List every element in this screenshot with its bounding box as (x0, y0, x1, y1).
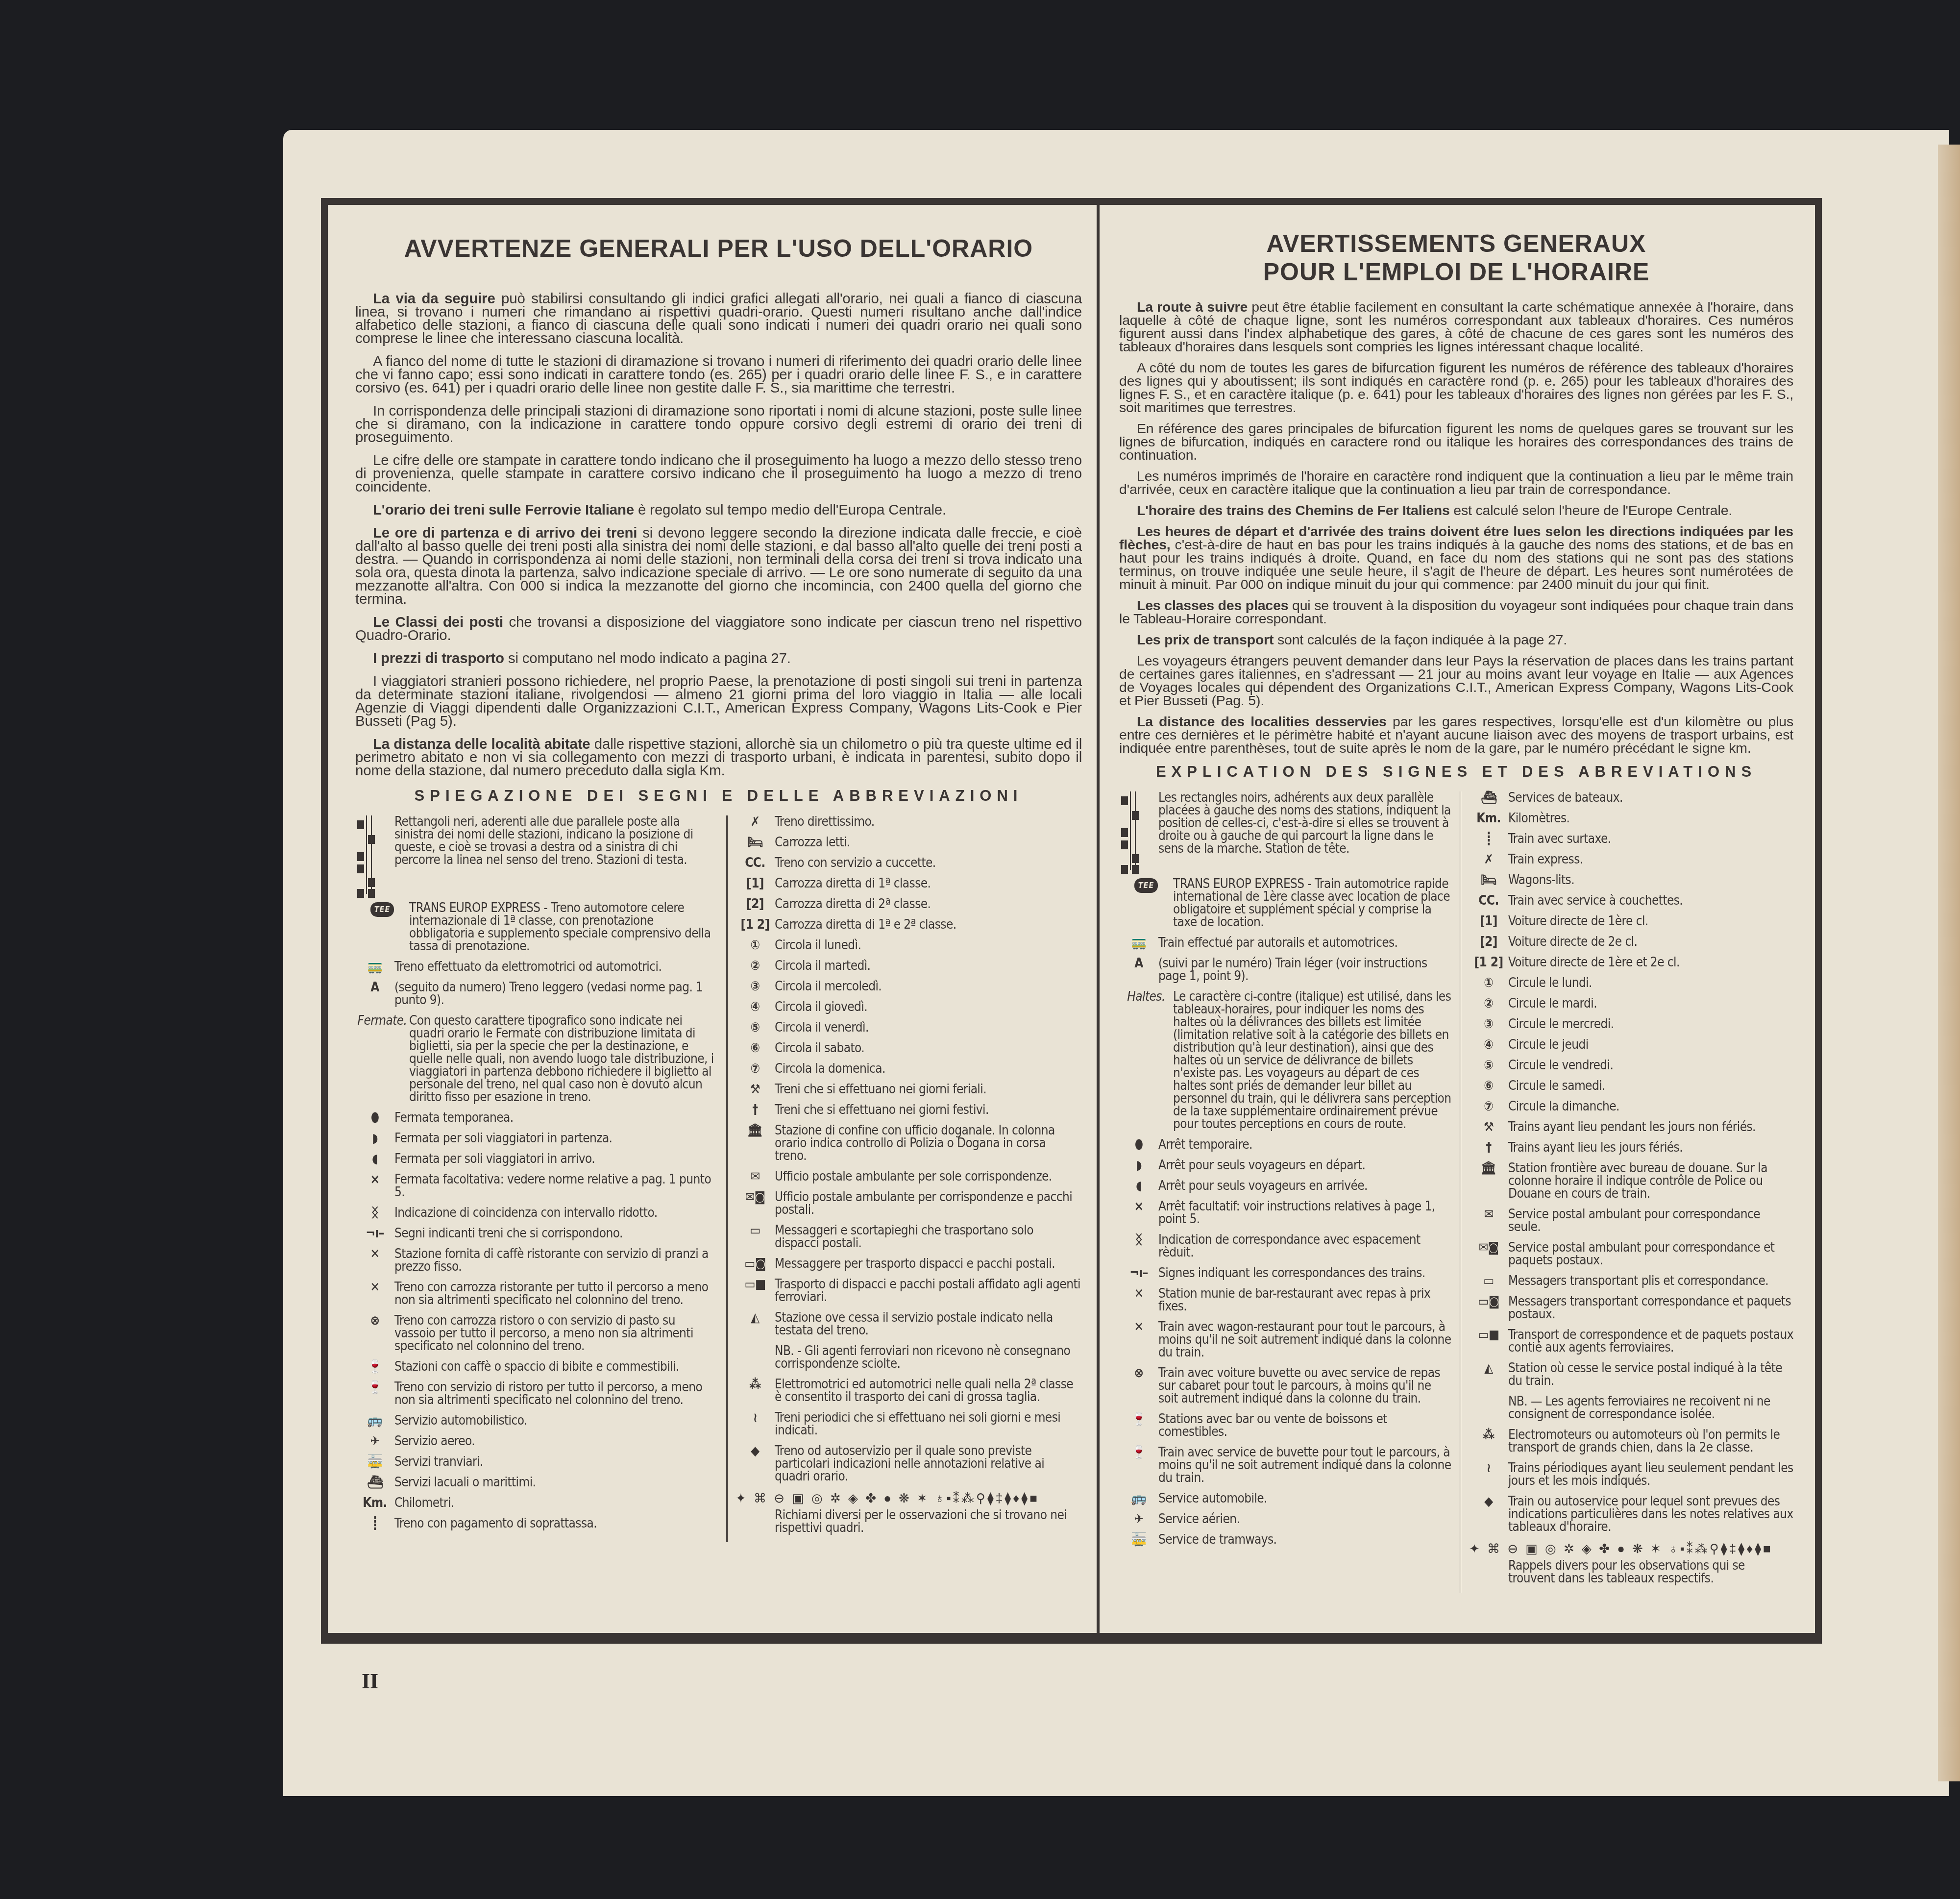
paragraph: Les heures de départ et d'arrivée des tr… (1119, 525, 1793, 592)
paragraph: I viaggiatori stranieri possono richiede… (355, 675, 1082, 728)
sign-description: Ufficio postale ambulante per sole corri… (775, 1170, 1080, 1183)
sign-item: ✉Service postal ambulant pour correspond… (1469, 1208, 1793, 1233)
connection-icon: ¬ı– (1119, 1267, 1158, 1280)
paragraph: Les prix de transport sont calculés de l… (1119, 634, 1793, 647)
sign-item: ≀Treni periodici che si effettuano nei s… (735, 1411, 1080, 1437)
sign-item: Km.Kilomètres. (1469, 812, 1793, 825)
sign-item: ✗Train express. (1469, 853, 1793, 866)
reference-symbols-row: ✦ ⌘ ⊖ ▣ ◎ ✲ ◈ ✤ ● ❋ ✶ ♁▪⁑⁂⚲⧫‡⧫♦⧫■ (735, 1491, 1080, 1506)
paragraph: Le Classi dei posti che trovansi a dispo… (355, 616, 1082, 642)
italian-signs-columns: Rettangoli neri, aderenti alle due paral… (355, 815, 1082, 1542)
sign-item: ✈Servizio aereo. (355, 1435, 718, 1448)
paragraph: L'horaire des trains des Chemins de Fer … (1119, 504, 1793, 518)
sign-item: ✕Train avec wagon-restaurant pour tout l… (1119, 1321, 1453, 1359)
sign-item: ×Arrêt facultatif: voir instructions rel… (1119, 1200, 1453, 1226)
glass-icon: 🍷 (1119, 1446, 1158, 1484)
paragraph-text: est calculé selon l'heure de l'Europe Ce… (1450, 503, 1732, 518)
paragraph: Le ore di partenza e di arrivo dei treni… (355, 526, 1082, 606)
paragraph-text: A côté du nom de toutes les gares de bif… (1119, 360, 1793, 416)
sign-description: Carrozza letti. (775, 836, 1080, 849)
wavy-line-icon: ≀ (735, 1411, 775, 1437)
paragraph-text: si computano nel modo indicato a pagina … (504, 650, 791, 666)
sign-description: Train avec service de buvette pour tout … (1158, 1446, 1453, 1484)
glass-icon: 🍷 (1119, 1413, 1158, 1438)
paragraph-lead: L'orario dei treni sulle Ferrovie Italia… (373, 502, 634, 518)
sign-description: Treno effettuato da elettromotrici od au… (394, 961, 718, 973)
french-title: AVERTISSEMENTS GENERAUX POUR L'EMPLOI DE… (1119, 229, 1793, 286)
circled-cutlery-icon: ⊗ (355, 1314, 394, 1353)
sign-item: ◖Arrêt pour seuls voyageurs en arrivée. (1119, 1180, 1453, 1192)
circled-5: ⑤ (735, 1021, 775, 1034)
sign-description: Messagers transportant plis et correspon… (1508, 1275, 1793, 1287)
sign-description: Stations avec bar ou vente de boissons e… (1158, 1413, 1453, 1438)
paragraph-text: sont calculés de la façon indiquée à la … (1274, 632, 1567, 648)
messenger-parcel-icon: ▭◙ (1469, 1295, 1508, 1321)
km-label: Km. (355, 1497, 394, 1509)
sign-description: Treno con servizio a cuccette. (775, 857, 1080, 869)
sign-description: Train express. (1508, 853, 1793, 866)
sign-description: Trasporto di dispacci e pacchi postali a… (775, 1278, 1080, 1304)
tee-badge: TEE (1134, 878, 1158, 893)
sign-item: 🍷Train avec service de buvette pour tout… (1119, 1446, 1453, 1484)
paragraph: A fianco del nome di tutte le stazioni d… (355, 355, 1082, 395)
connection-icon: ¬ı– (355, 1227, 394, 1240)
paragraph: Les classes des places qui se trouvent à… (1119, 599, 1793, 626)
sign-description: Arrêt pour seuls voyageurs en départ. (1158, 1159, 1453, 1172)
sign-item: 🚋Service de tramways. (1119, 1533, 1453, 1546)
cross-icon: × (1119, 1200, 1158, 1226)
sign-description: Le caractère ci-contre (italique) est ut… (1173, 990, 1453, 1131)
paragraph: Les voyageurs étrangers peuvent demander… (1119, 655, 1793, 708)
rail-agent-parcel-icon: ▭■ (735, 1278, 775, 1304)
circled-4: ④ (1469, 1038, 1508, 1051)
airplane-icon: ✈ (355, 1435, 394, 1448)
circled-2: ② (1469, 997, 1508, 1010)
french-section: AVERTISSEMENTS GENERAUX POUR L'EMPLOI DE… (1100, 205, 1815, 1633)
sign-description: Circule le vendredi. (1508, 1059, 1793, 1072)
tee-badge: TEE (370, 902, 394, 917)
sign-description: Fermata temporanea. (394, 1111, 718, 1124)
cross-dagger-icon: † (1469, 1141, 1508, 1154)
french-signs-col-1: Les rectangles noirs, adhérents aux deux… (1119, 791, 1461, 1593)
sign-item: ◭Station où cesse le service postal indi… (1469, 1362, 1793, 1387)
coach-12-icon: [1 2] (1469, 956, 1508, 969)
sign-description: Messaggeri e scortapieghi che trasportan… (775, 1224, 1080, 1250)
sign-description: Treno con carrozza ristoro o con servizi… (394, 1314, 718, 1353)
bed-icon: 🛏 (735, 836, 775, 849)
dog-icon: ⁂ (735, 1378, 775, 1404)
sign-description: Circola il martedì. (775, 960, 1080, 972)
sign-item: ✕Station munie de bar-restaurant avec re… (1119, 1287, 1453, 1313)
sign-item: ᛝIndicazione di coincidenza con interval… (355, 1207, 718, 1219)
dog-icon: ⁂ (1469, 1429, 1508, 1454)
sign-description: Treni periodici che si effettuano nei so… (775, 1411, 1080, 1437)
sign-item: 🚌Servizio automobilistico. (355, 1414, 718, 1427)
sign-item: Haltes.Le caractère ci-contre (italique)… (1119, 990, 1453, 1131)
sign-description: Stazione di confine con ufficio doganale… (775, 1124, 1080, 1162)
italian-signs-col-2: ✗Treno direttissimo.🛏Carrozza letti.CC.T… (728, 815, 1080, 1542)
paragraph-text: Les numéros imprimés de l'horaire en car… (1119, 469, 1793, 497)
page-frame: AVVERTENZE GENERALI PER L'USO DELL'ORARI… (321, 198, 1822, 1644)
sign-item: ◖Fermata per soli viaggiatori in arrivo. (355, 1153, 718, 1165)
sign-item: ◗Arrêt pour seuls voyageurs en départ. (1119, 1159, 1453, 1172)
sign-item: 🍷Stazioni con caffè o spaccio di bibite … (355, 1360, 718, 1373)
envelope-icon: ✉ (1469, 1208, 1508, 1233)
km-label: Km. (1469, 812, 1508, 825)
sign-description: Circola il lunedì. (775, 939, 1080, 952)
sign-item: ▭◙Messaggere per trasporto dispacci e pa… (735, 1258, 1080, 1270)
paragraph-text: I viaggiatori stranieri possono richiede… (355, 673, 1082, 729)
messenger-icon: ▭ (735, 1224, 775, 1250)
sign-item: ◗Fermata per soli viaggiatori in partenz… (355, 1132, 718, 1145)
sign-item: [2]Voiture directe de 2e cl. (1469, 936, 1793, 948)
sign-item: NB. — Les agents ferroviaires ne recoive… (1469, 1395, 1793, 1421)
sign-description: Carrozza diretta di 1ª e 2ª classe. (775, 918, 1080, 931)
cross-icon: × (355, 1173, 394, 1199)
sign-description: Circule le mercredi. (1508, 1018, 1793, 1031)
sign-description: Carrozza diretta di 2ª classe. (775, 898, 1080, 911)
envelope-icon: ✉ (735, 1170, 775, 1183)
sign-description: Circola il mercoledì. (775, 980, 1080, 993)
rail-agent-parcel-icon: ▭■ (1469, 1329, 1508, 1354)
sign-description: Service postal ambulant pour corresponda… (1508, 1241, 1793, 1267)
paragraph-text: è regolato sul tempo medio dell'Europa C… (634, 502, 946, 518)
sign-item: ⑦Circola la domenica. (735, 1062, 1080, 1075)
paragraph: La distance des localities desservies pa… (1119, 715, 1793, 755)
sign-item: 🚌Service automobile. (1119, 1492, 1453, 1505)
sign-item: 🍷Treno con servizio di ristoro per tutto… (355, 1381, 718, 1406)
paragraph-text: A fianco del nome di tutte le stazioni d… (355, 353, 1082, 396)
tee-logo-icon: TEE (355, 902, 409, 953)
post-end-icon: ◭ (735, 1311, 775, 1337)
airplane-icon: ✈ (1119, 1513, 1158, 1526)
sign-item: [1 2]Carrozza diretta di 1ª e 2ª classe. (735, 918, 1080, 931)
circled-6: ⑥ (735, 1042, 775, 1055)
paragraph: In corrispondenza delle principali stazi… (355, 404, 1082, 444)
sign-description: Treno direttissimo. (775, 815, 1080, 828)
sign-item: [2]Carrozza diretta di 2ª classe. (735, 898, 1080, 911)
sign-description: Train effectué par autorails et automotr… (1158, 937, 1453, 949)
sign-description: Circule le lundi. (1508, 977, 1793, 989)
circled-3: ③ (735, 980, 775, 993)
sign-description: Stazione ove cessa il servizio postale i… (775, 1311, 1080, 1337)
letter-a: A (355, 981, 394, 1007)
blank-icon (735, 1509, 775, 1534)
customs-house-icon: 🏛 (1469, 1162, 1508, 1200)
sign-description: Arrêt facultatif: voir instructions rela… (1158, 1200, 1453, 1226)
bus-icon: 🚌 (355, 1414, 394, 1427)
paragraph-text: c'est-à-dire de haut en bas pour les tra… (1119, 537, 1793, 592)
sign-item: ⛴Services de bateaux. (1469, 791, 1793, 804)
sign-description: TRANS EUROP EXPRESS - Train automotrice … (1173, 878, 1453, 929)
sign-item: ¬ı–Signes indiquant les correspondances … (1119, 1267, 1453, 1280)
hourglass-icon: ᛝ (1119, 1233, 1158, 1259)
sign-description: Messaggere per trasporto dispacci e pacc… (775, 1258, 1080, 1270)
sign-description: Treno con carrozza ristorante per tutto … (394, 1281, 718, 1307)
sign-item: ¬ı–Segni indicanti treni che si corrispo… (355, 1227, 718, 1240)
sign-description: Treno con servizio di ristoro per tutto … (394, 1381, 718, 1406)
circled-1: ① (1469, 977, 1508, 989)
sign-description: Train ou autoservice pour lequel sont pr… (1508, 1495, 1793, 1533)
french-signs-title: EXPLICATION DES SIGNES ET DES ABREVIATIO… (1119, 763, 1793, 781)
sign-item: [1]Carrozza diretta di 1ª classe. (735, 877, 1080, 890)
coach-12-icon: [1 2] (735, 918, 775, 931)
sign-item: ②Circola il martedì. (735, 960, 1080, 972)
sign-item: [1 2]Voiture directe de 1ère et 2e cl. (1469, 956, 1793, 969)
sign-description: Fermata per soli viaggiatori in arrivo. (394, 1153, 718, 1165)
express-icon: ✗ (1469, 853, 1508, 866)
sign-item: ③Circola il mercoledì. (735, 980, 1080, 993)
sign-description: Servizi lacuali o marittimi. (394, 1476, 718, 1489)
sign-item: ③Circule le mercredi. (1469, 1018, 1793, 1031)
paragraph: A côté du nom de toutes les gares de bif… (1119, 362, 1793, 415)
sign-item: ⊗Treno con carrozza ristoro o con serviz… (355, 1314, 718, 1353)
sign-item: Les rectangles noirs, adhérents aux deux… (1119, 791, 1453, 870)
italic-label: Fermate. (355, 1014, 409, 1104)
cutlery-icon: ✕ (355, 1248, 394, 1273)
letter-a: A (1119, 957, 1158, 983)
sign-item: ✉Ufficio postale ambulante per sole corr… (735, 1170, 1080, 1183)
railcar-icon: 🚃 (1119, 937, 1158, 949)
reference-symbols-description: Richiami diversi per le osservazioni che… (735, 1509, 1080, 1534)
italian-paragraphs: La via da seguire può stabilirsi consult… (355, 292, 1082, 777)
sign-description: Treni che si effettuano nei giorni festi… (775, 1104, 1080, 1116)
sign-description: Voiture directe de 2e cl. (1508, 936, 1793, 948)
right-half-circle-icon: ◗ (1119, 1159, 1158, 1172)
sign-description: Fermata facoltativa: vedere norme relati… (394, 1173, 718, 1199)
sign-description: Treno od autoservizio per il quale sono … (775, 1445, 1080, 1483)
page-number: II (362, 1669, 378, 1694)
sign-item: ⬮Fermata temporanea. (355, 1111, 718, 1124)
circled-6: ⑥ (1469, 1080, 1508, 1092)
messenger-parcel-icon: ▭◙ (735, 1258, 775, 1270)
sign-description: NB. — Les agents ferroviaires ne recoive… (1508, 1395, 1793, 1421)
glass-icon: 🍷 (355, 1381, 394, 1406)
french-title-line-2: POUR L'EMPLOI DE L'HORAIRE (1263, 258, 1650, 286)
sign-description: Circola il giovedì. (775, 1001, 1080, 1013)
french-signs-col-2: ⛴Services de bateaux.Km.Kilomètres.┋Trai… (1461, 791, 1793, 1593)
diamond-icon: ◆ (1469, 1495, 1508, 1533)
sign-description: Fermata per soli viaggiatori in partenza… (394, 1132, 718, 1145)
blank-icon (1469, 1559, 1508, 1585)
sign-item: †Trains ayant lieu les jours fériés. (1469, 1141, 1793, 1154)
circled-4: ④ (735, 1001, 775, 1013)
sign-item: 🚃Train effectué par autorails et automot… (1119, 937, 1453, 949)
sign-description: Con questo carattere tipografico sono in… (409, 1014, 718, 1104)
sign-description: Signes indiquant les correspondances des… (1158, 1267, 1453, 1280)
paragraph: Le cifre delle ore stampate in carattere… (355, 454, 1082, 493)
wavy-line-icon: ≀ (1469, 1462, 1508, 1487)
french-title-line-1: AVERTISSEMENTS GENERAUX (1267, 230, 1646, 257)
sign-item: 🛏Wagons-lits. (1469, 874, 1793, 887)
sign-description: Rappels divers pour les observations qui… (1508, 1559, 1793, 1585)
cutlery-icon: ✕ (1119, 1287, 1158, 1313)
glass-icon: 🍷 (355, 1360, 394, 1373)
circled-3: ③ (1469, 1018, 1508, 1031)
paragraph: I prezzi di trasporto si computano nel m… (355, 652, 1082, 665)
sign-item: ⑥Circule le samedi. (1469, 1080, 1793, 1092)
messenger-icon: ▭ (1469, 1275, 1508, 1287)
sign-description: Servizio aereo. (394, 1435, 718, 1448)
sign-description: Circola la domenica. (775, 1062, 1080, 1075)
sign-description: Transport de correspondence et de paquet… (1508, 1329, 1793, 1354)
sign-item: ┋Treno con pagamento di soprattassa. (355, 1517, 718, 1530)
sign-item: ④Circola il giovedì. (735, 1001, 1080, 1013)
envelope-parcel-icon: ✉◙ (1469, 1241, 1508, 1267)
paragraph: La via da seguire può stabilirsi consult… (355, 292, 1082, 345)
sign-description: Treno con pagamento di soprattassa. (394, 1517, 718, 1530)
left-half-circle-icon: ◖ (1119, 1180, 1158, 1192)
sign-description: Kilomètres. (1508, 812, 1793, 825)
sign-item: ▭■Trasporto di dispacci e pacchi postali… (735, 1278, 1080, 1304)
circled-2: ② (735, 960, 775, 972)
sign-description: Service automobile. (1158, 1492, 1453, 1505)
sign-item: A(suivi par le numéro) Train léger (voir… (1119, 957, 1453, 983)
hourglass-icon: ᛝ (355, 1207, 394, 1219)
sign-description: Chilometri. (394, 1497, 718, 1509)
station-position-bars-icon (355, 815, 394, 894)
circled-5: ⑤ (1469, 1059, 1508, 1072)
paragraph-text: En référence des gares principales de bi… (1119, 421, 1793, 463)
sign-description: Circola il venerdì. (775, 1021, 1080, 1034)
surcharge-bar-icon: ┋ (355, 1517, 394, 1530)
sign-item: ①Circola il lunedì. (735, 939, 1080, 952)
sign-description: Station munie de bar-restaurant avec rep… (1158, 1287, 1453, 1313)
paragraph-lead: Les prix de transport (1137, 632, 1274, 648)
sign-description: Segni indicanti treni che si corrispondo… (394, 1227, 718, 1240)
tram-icon: 🚋 (355, 1455, 394, 1468)
sign-item: ◭Stazione ove cessa il servizio postale … (735, 1311, 1080, 1337)
sign-description: Train avec voiture buvette ou avec servi… (1158, 1367, 1453, 1405)
sign-item: ᛝIndication de correspondance avec espac… (1119, 1233, 1453, 1259)
sign-item: ✉◙Service postal ambulant pour correspon… (1469, 1241, 1793, 1267)
bus-icon: 🚌 (1119, 1492, 1158, 1505)
sign-description: Station frontière avec bureau de douane.… (1508, 1162, 1793, 1200)
french-paragraphs: La route à suivre peut être établie faci… (1119, 301, 1793, 755)
italian-signs-title: SPIEGAZIONE DEI SEGNI E DELLE ABBREVIAZI… (355, 787, 1082, 805)
sign-item: ⬮Arrêt temporaire. (1119, 1138, 1453, 1151)
italian-signs-col-1: Rettangoli neri, aderenti alle due paral… (355, 815, 728, 1542)
sign-description: Train avec wagon-restaurant pour tout le… (1158, 1321, 1453, 1359)
sign-description: Treni che si effettuano nei giorni feria… (775, 1083, 1080, 1096)
paragraph: Les numéros imprimés de l'horaire en car… (1119, 470, 1793, 496)
sign-description: Voiture directe de 1ère et 2e cl. (1508, 956, 1793, 969)
paragraph-text: In corrispondenza delle principali stazi… (355, 403, 1082, 445)
sign-item: ⁂Electromoteurs ou automoteurs où l'on p… (1469, 1429, 1793, 1454)
sign-description: Trains ayant lieu pendant les jours non … (1508, 1121, 1793, 1134)
sign-item: TEETRANS EUROP EXPRESS - Train automotri… (1119, 878, 1453, 929)
sign-description: Voiture directe de 1ère cl. (1508, 915, 1793, 928)
ellipse-icon: ⬮ (1119, 1138, 1158, 1151)
sign-description: Elettromotrici ed automotrici nelle qual… (775, 1378, 1080, 1404)
coach-1-icon: [1] (735, 877, 775, 890)
sign-item: ②Circule le mardi. (1469, 997, 1793, 1010)
sign-item: Rettangoli neri, aderenti alle due paral… (355, 815, 718, 894)
sign-description: Indicazione di coincidenza con intervall… (394, 1207, 718, 1219)
sign-description: Carrozza diretta di 1ª classe. (775, 877, 1080, 890)
sign-item: ⚒Trains ayant lieu pendant les jours non… (1469, 1121, 1793, 1134)
post-end-icon: ◭ (1469, 1362, 1508, 1387)
sign-item: ✉◙Ufficio postale ambulante per corrispo… (735, 1191, 1080, 1216)
sign-description: NB. - Gli agenti ferroviari non ricevono… (775, 1345, 1080, 1370)
ellipse-icon: ⬮ (355, 1111, 394, 1124)
cutlery-icon: ✕ (355, 1281, 394, 1307)
sign-item: TEETRANS EUROP EXPRESS - Treno automotor… (355, 902, 718, 953)
sign-description: Stazione fornita di caffè ristorante con… (394, 1248, 718, 1273)
sign-description: Circule le jeudi (1508, 1038, 1793, 1051)
sign-description: Circola il sabato. (775, 1042, 1080, 1055)
sign-description: Service aérien. (1158, 1513, 1453, 1526)
sign-description: Wagons-lits. (1508, 874, 1793, 887)
sign-description: Train avec service à couchettes. (1508, 894, 1793, 907)
sign-description: Service postal ambulant pour corresponda… (1508, 1208, 1793, 1233)
diamond-icon: ◆ (735, 1445, 775, 1483)
sign-item: ✈Service aérien. (1119, 1513, 1453, 1526)
coach-2-icon: [2] (735, 898, 775, 911)
boat-icon: ⛴ (1469, 791, 1508, 804)
sign-description: Les rectangles noirs, adhérents aux deux… (1158, 791, 1453, 870)
sign-description: Servizi tranviari. (394, 1455, 718, 1468)
paragraph: L'orario dei treni sulle Ferrovie Italia… (355, 503, 1082, 517)
right-half-circle-icon: ◗ (355, 1132, 394, 1145)
envelope-parcel-icon: ✉◙ (735, 1191, 775, 1216)
sign-description: Circule le mardi. (1508, 997, 1793, 1010)
sign-item: ≀Trains périodiques ayant lieu seulement… (1469, 1462, 1793, 1487)
blank-icon (1469, 1395, 1508, 1421)
sign-item: A(seguito da numero) Treno leggero (veda… (355, 981, 718, 1007)
surcharge-bar-icon: ┋ (1469, 833, 1508, 845)
sign-item: ⑦Circule la dimanche. (1469, 1100, 1793, 1113)
sign-description: Stazioni con caffè o spaccio di bibite e… (394, 1360, 718, 1373)
boat-icon: ⛴ (355, 1476, 394, 1489)
sign-description: (seguito da numero) Treno leggero (vedas… (394, 981, 718, 1007)
sign-item: ×Fermata facoltativa: vedere norme relat… (355, 1173, 718, 1199)
sign-item: ④Circule le jeudi (1469, 1038, 1793, 1051)
paragraph-lead: I prezzi di trasporto (373, 650, 504, 666)
cutlery-icon: ✕ (1119, 1321, 1158, 1359)
cross-dagger-icon: † (735, 1104, 775, 1116)
sign-item: CC.Treno con servizio a cuccette. (735, 857, 1080, 869)
sign-description: TRANS EUROP EXPRESS - Treno automotore c… (409, 902, 718, 953)
sign-description: Richiami diversi per le osservazioni che… (775, 1509, 1080, 1534)
italic-label: Haltes. (1119, 990, 1173, 1131)
hammers-icon: ⚒ (735, 1083, 775, 1096)
sign-item: 🍷Stations avec bar ou vente de boissons … (1119, 1413, 1453, 1438)
circled-7: ⑦ (735, 1062, 775, 1075)
sign-description: Messagers transportant correspondance et… (1508, 1295, 1793, 1321)
sign-item: ▭◙Messagers transportant correspondance … (1469, 1295, 1793, 1321)
sign-item: ①Circule le lundi. (1469, 977, 1793, 989)
sign-description: Arrêt temporaire. (1158, 1138, 1453, 1151)
paragraph-lead: L'horaire des trains des Chemins de Fer … (1137, 503, 1450, 518)
sign-item: 🚋Servizi tranviari. (355, 1455, 718, 1468)
sign-item: NB. - Gli agenti ferroviari non ricevono… (735, 1345, 1080, 1370)
sign-item: Km.Chilometri. (355, 1497, 718, 1509)
coach-2-icon: [2] (1469, 936, 1508, 948)
cc-label: CC. (735, 857, 775, 869)
sign-item: ◆Treno od autoservizio per il quale sono… (735, 1445, 1080, 1483)
circled-cutlery-icon: ⊗ (1119, 1367, 1158, 1405)
sign-description: Rettangoli neri, aderenti alle due paral… (394, 815, 718, 894)
sign-item: ⑤Circule le vendredi. (1469, 1059, 1793, 1072)
sign-item: 🚃Treno effettuato da elettromotrici od a… (355, 961, 718, 973)
sign-description: Arrêt pour seuls voyageurs en arrivée. (1158, 1180, 1453, 1192)
express-icon: ✗ (735, 815, 775, 828)
sign-description: Circule le samedi. (1508, 1080, 1793, 1092)
hammers-icon: ⚒ (1469, 1121, 1508, 1134)
sign-item: ┋Train avec surtaxe. (1469, 833, 1793, 845)
reference-symbols-row: ✦ ⌘ ⊖ ▣ ◎ ✲ ◈ ✤ ● ❋ ✶ ♁▪⁑⁂⚲⧫‡⧫♦⧫■ (1469, 1541, 1793, 1556)
